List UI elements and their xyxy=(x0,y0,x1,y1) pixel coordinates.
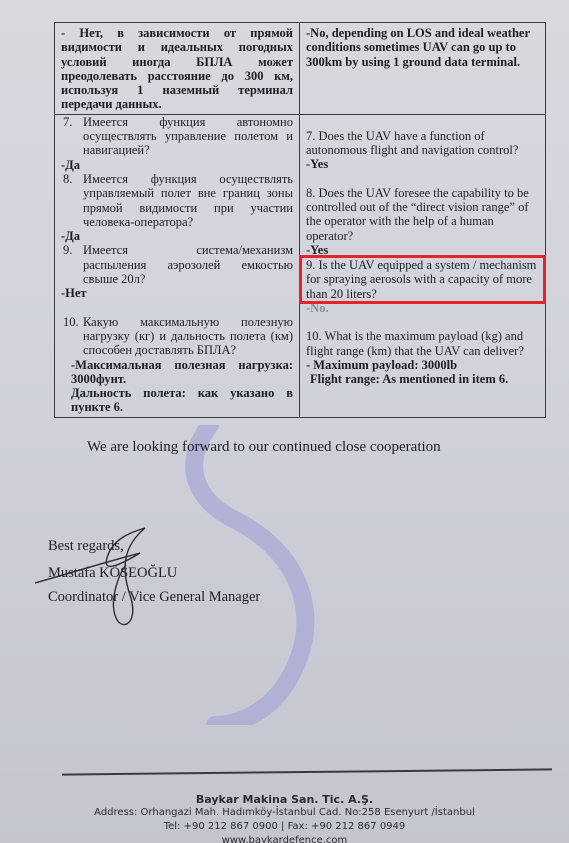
ru-answer-10-payload: -Максимальная полезная нагрузка: 3000фун… xyxy=(61,358,293,387)
ru-answer-9: -Нет xyxy=(61,286,293,300)
en-answer-7: -Yes xyxy=(306,157,539,171)
handwritten-signature-icon xyxy=(30,525,170,635)
ru-answer-6: - Нет, в зависимости от прямой видимости… xyxy=(55,23,300,115)
ru-question-7: 7. Имеется функция автономно осуществлят… xyxy=(61,115,293,158)
footer-divider xyxy=(62,768,552,775)
footer-website[interactable]: www.baykardefence.com xyxy=(0,835,569,843)
en-question-7: 7. Does the UAV have a function of auton… xyxy=(306,129,539,158)
en-answer-6: -No, depending on LOS and ideal weather … xyxy=(300,23,546,115)
closing-sentence: We are looking forward to our continued … xyxy=(87,439,441,456)
en-cell-items: 7. Does the UAV have a function of auton… xyxy=(300,114,546,417)
ru-question-8: 8. Имеется функция осуществлять управляе… xyxy=(61,172,293,229)
en-answer-10-payload: - Maximum payload: 3000lb xyxy=(306,358,539,372)
en-answer-10-range: Flight range: As mentioned in item 6. xyxy=(306,372,539,386)
table-row: 7. Имеется функция автономно осуществлят… xyxy=(55,114,546,417)
ru-answer-8: -Да xyxy=(61,229,293,243)
logo-watermark-icon xyxy=(175,425,365,725)
ru-answer-10-range: Дальность полета: как указано в пункте 6… xyxy=(61,386,293,417)
ru-cell-items: 7. Имеется функция автономно осуществлят… xyxy=(55,114,300,417)
en-answer-8: -Yes xyxy=(306,243,539,257)
en-question-10: 10. What is the maximum payload (kg) and… xyxy=(306,329,539,358)
en-answer-9: -No. xyxy=(306,301,539,315)
ru-question-10: 10. Какую максимальную полезную нагрузку… xyxy=(61,315,293,358)
qa-table: - Нет, в зависимости от прямой видимости… xyxy=(54,22,546,418)
footer-company: Baykar Makina San. Tic. A.Ş. xyxy=(0,793,569,806)
table-row: - Нет, в зависимости от прямой видимости… xyxy=(55,23,546,115)
highlight-box-question-9: 9. Is the UAV equipped a system / mechan… xyxy=(302,258,543,301)
ru-question-9: 9. Имеется система/механизм распыления а… xyxy=(61,243,293,286)
ru-answer-7: -Да xyxy=(61,158,293,172)
en-question-9: 9. Is the UAV equipped a system / mechan… xyxy=(306,258,539,301)
footer-address: Address: Orhangazi Mah. Hadımköy-İstanbu… xyxy=(0,807,569,818)
footer-contact: Tel: +90 212 867 0900 | Fax: +90 212 867… xyxy=(0,821,569,832)
document-page: - Нет, в зависимости от прямой видимости… xyxy=(0,0,569,843)
en-question-8: 8. Does the UAV foresee the capability t… xyxy=(306,186,539,243)
